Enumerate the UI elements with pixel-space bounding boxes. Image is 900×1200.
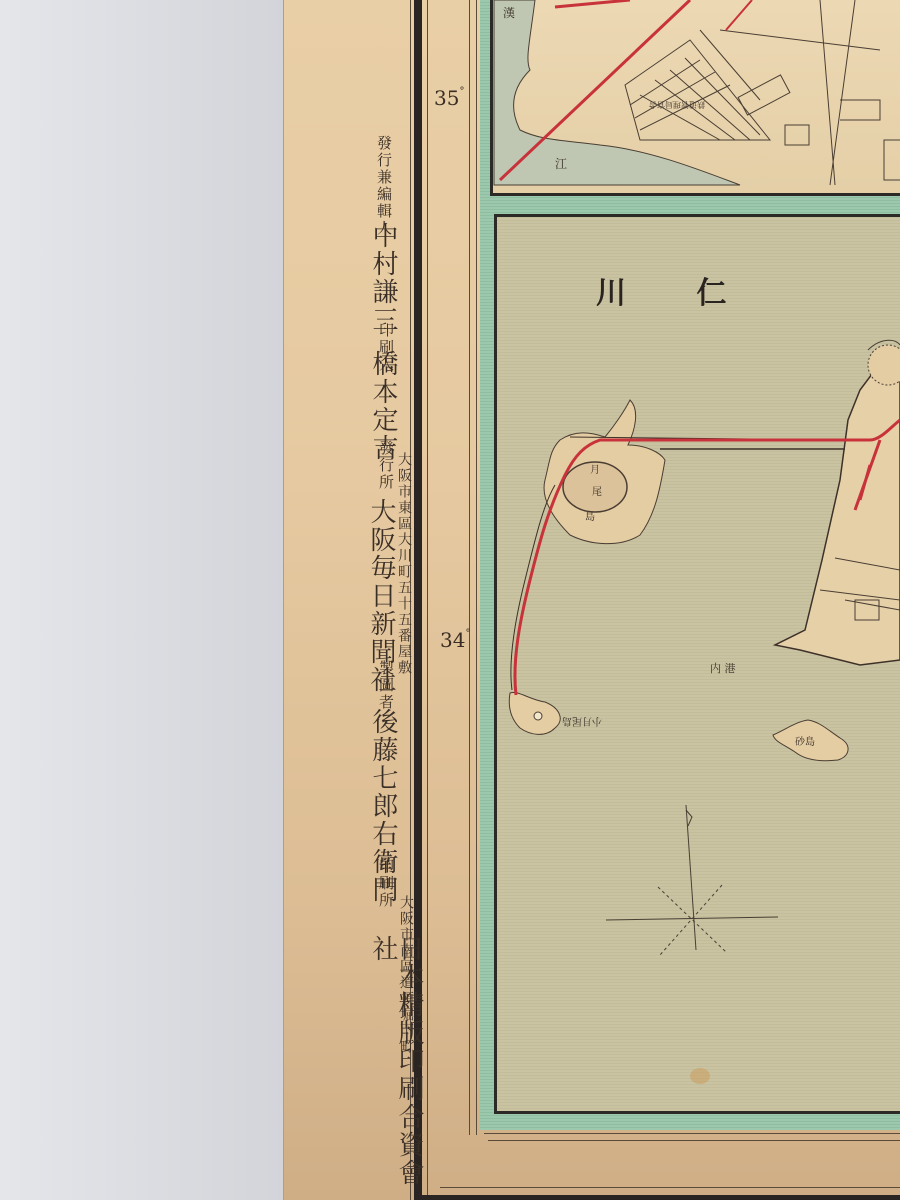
svg-text:内 港: 内 港 xyxy=(710,661,736,675)
svg-text:小月尾島: 小月尾島 xyxy=(562,715,602,728)
svg-text:月: 月 xyxy=(590,464,600,476)
svg-text:砂島: 砂島 xyxy=(795,735,815,748)
incheon-features: 月 尾 島 小月尾島 砂島 内 港 xyxy=(509,340,900,955)
map-drawing: 漢 江 鉄道管理局官舎 月 尾 島 小月尾島 砂島 内 xyxy=(0,0,900,1200)
incheon-title: 川 仁 xyxy=(596,268,756,312)
svg-text:島: 島 xyxy=(585,510,595,523)
svg-text:江: 江 xyxy=(555,157,567,171)
paper-stain xyxy=(690,1068,710,1084)
top-inset-features: 漢 江 鉄道管理局官舎 xyxy=(494,0,900,185)
svg-text:尾: 尾 xyxy=(592,486,602,498)
compass-rose xyxy=(606,805,778,955)
svg-text:漢: 漢 xyxy=(503,5,515,20)
svg-text:鉄道管理局官舎: 鉄道管理局官舎 xyxy=(649,100,705,110)
